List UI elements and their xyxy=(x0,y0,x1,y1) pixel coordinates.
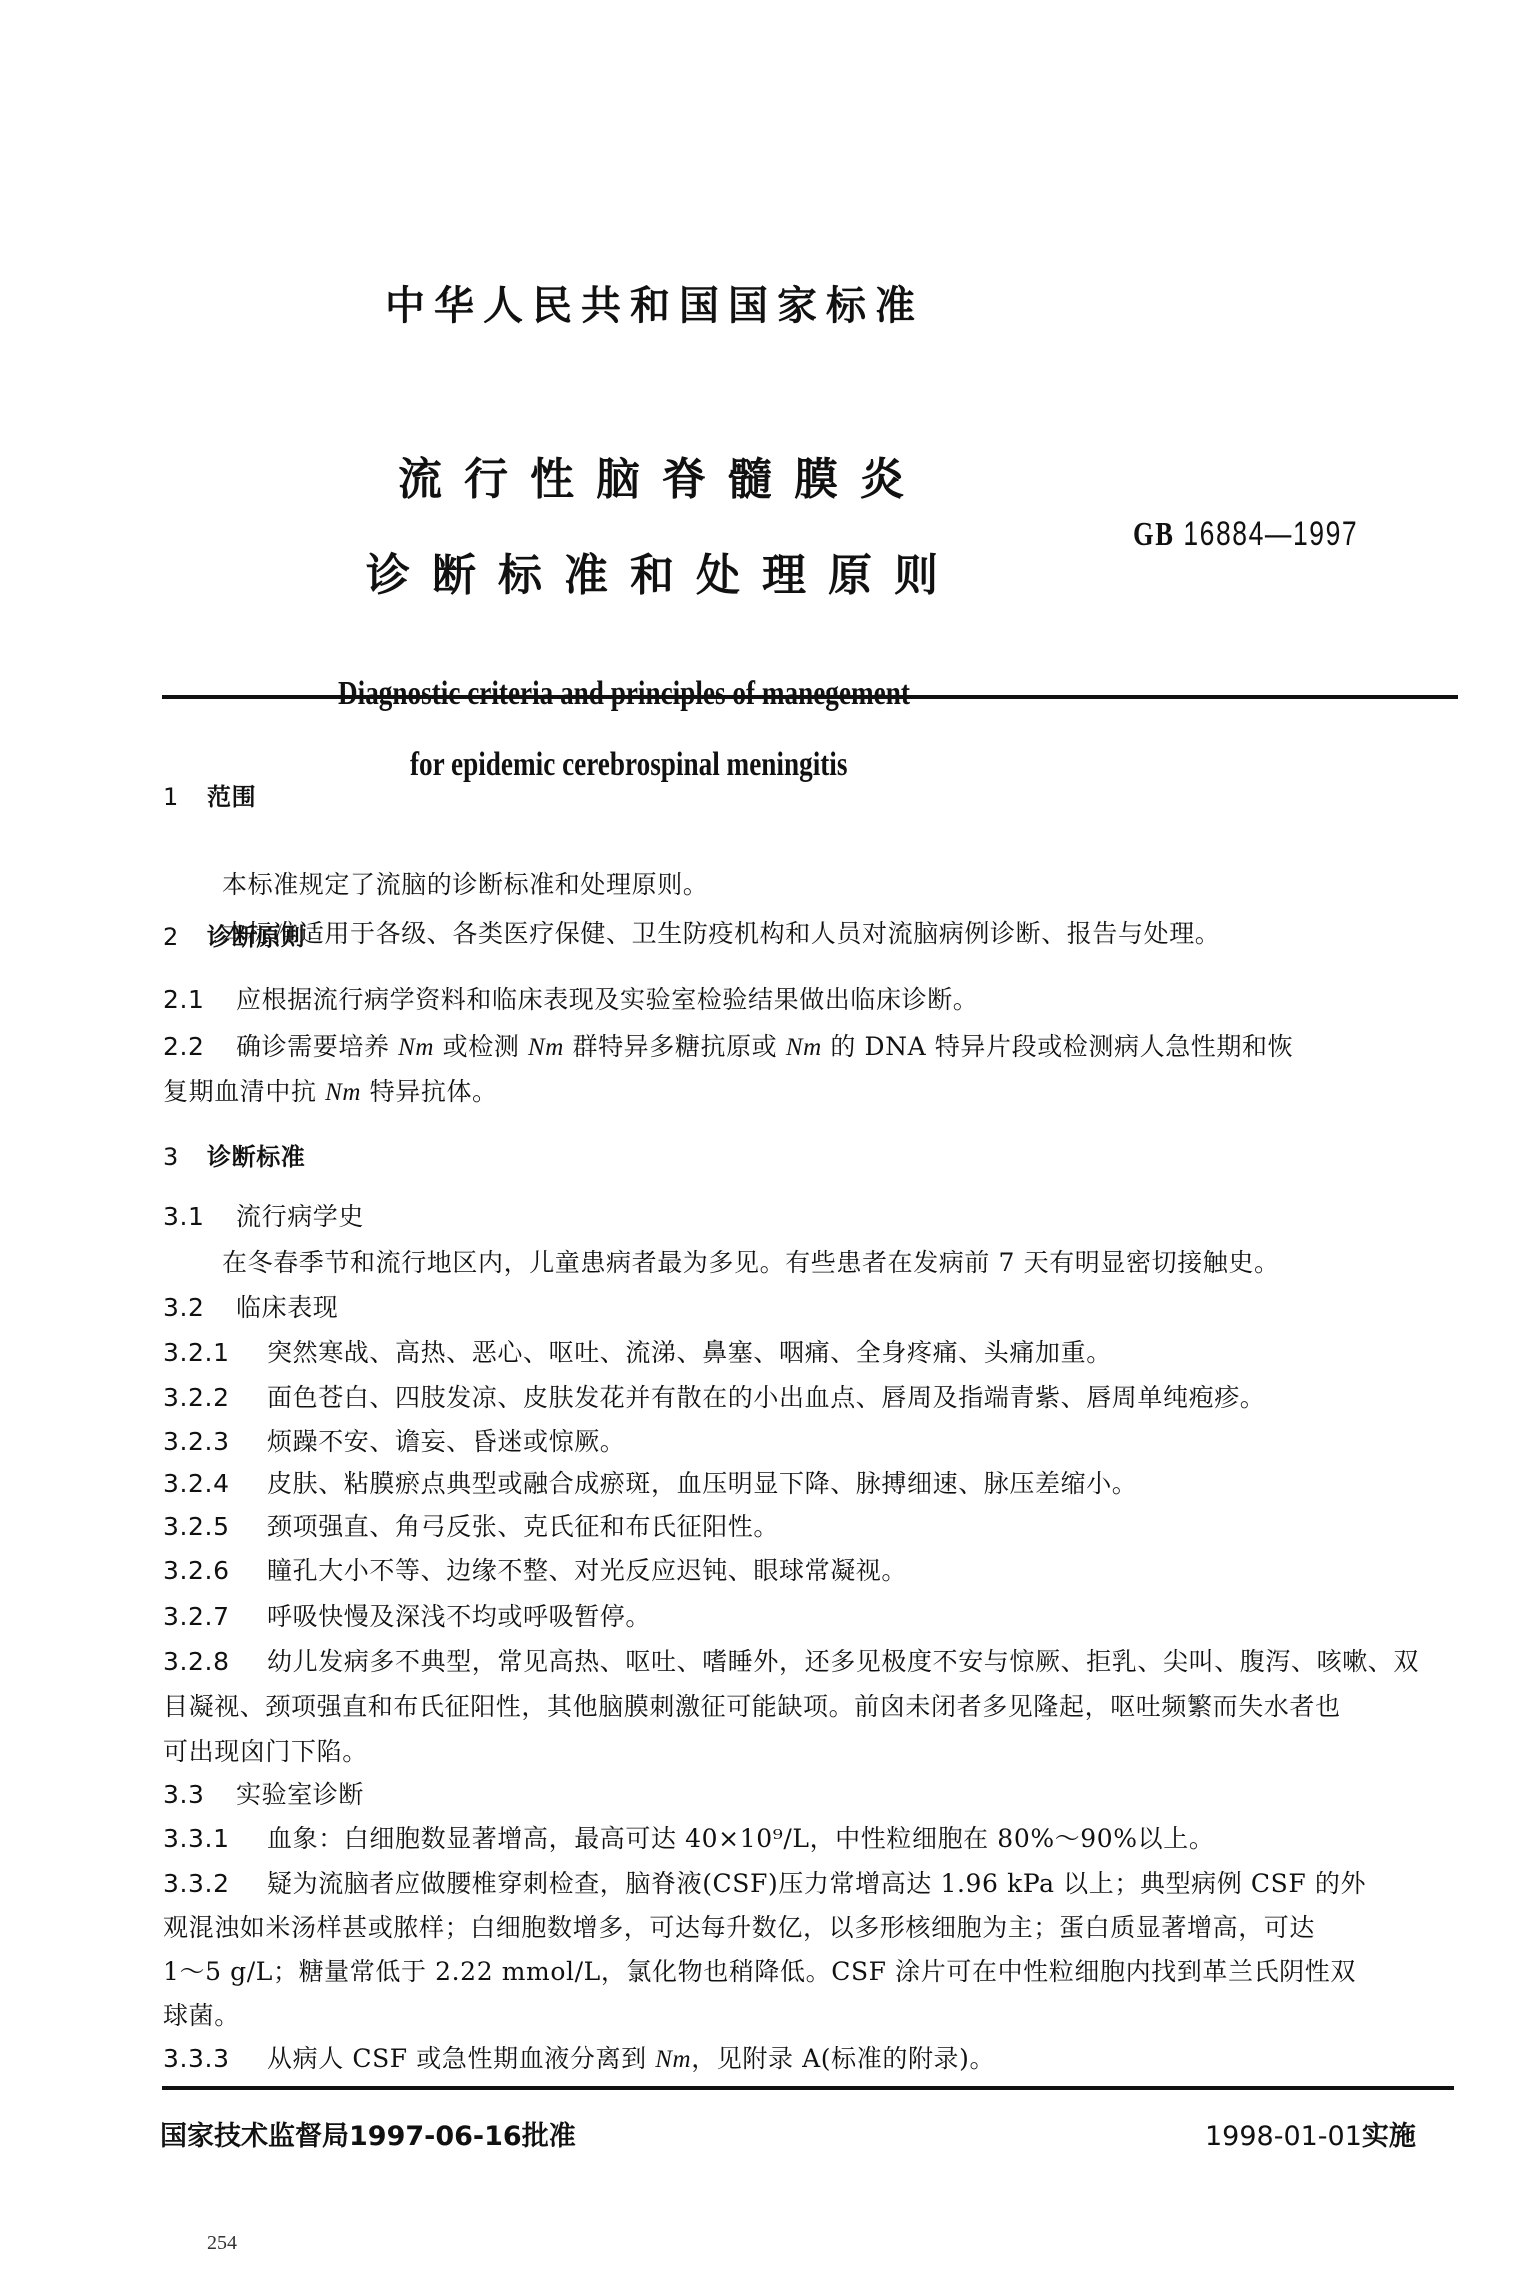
clause-number: 3.1 xyxy=(163,1200,236,1234)
section-heading-3: 3诊断标准 xyxy=(163,1140,305,1174)
organism-abbrev: Nm xyxy=(398,1034,434,1061)
document-title-line-1: 流行性脑脊髓膜炎 xyxy=(398,452,926,508)
clause-text: 应根据流行病学资料和临床表现及实验室检验结果做出临床诊断。 xyxy=(236,985,978,1014)
clause-number: 3.3.2 xyxy=(163,1867,267,1901)
clause-number: 2.2 xyxy=(163,1030,236,1064)
section-title: 诊断原则 xyxy=(207,923,305,951)
clause-3-2-8-continuation: 可出现囟门下陷。 xyxy=(163,1735,368,1769)
organism-abbrev: Nm xyxy=(786,1034,822,1061)
effective-date: 1998-01-01 xyxy=(1205,2121,1362,2152)
section-title: 范围 xyxy=(207,783,256,811)
section-heading-1: 1范围 xyxy=(163,780,256,814)
subsection-3-1: 3.1流行病学史 xyxy=(163,1200,364,1234)
clause-number: 3.2.3 xyxy=(163,1425,267,1459)
subsection-title: 实验室诊断 xyxy=(236,1780,364,1809)
clause-3-2-8-continuation: 目凝视、颈项强直和布氏征阳性，其他脑膜刺激征可能缺项。前囟未闭者多见隆起，呕吐频… xyxy=(163,1690,1341,1724)
section-title: 诊断标准 xyxy=(207,1143,305,1171)
clause-text: ，见附录 A(标准的附录)。 xyxy=(691,2044,995,2073)
paragraph: 本标准适用于各级、各类医疗保健、卫生防疫机构和人员对流脑病例诊断、报告与处理。 xyxy=(222,917,1220,951)
clause-number: 2.1 xyxy=(163,983,236,1017)
clause-number: 3.2.5 xyxy=(163,1510,267,1544)
subsection-3-2: 3.2临床表现 xyxy=(163,1291,338,1325)
footer-divider xyxy=(162,2086,1454,2090)
effective-date-statement: 1998-01-01实施 xyxy=(1205,2118,1416,2156)
approval-statement: 国家技术监督局1997-06-16批准 xyxy=(160,2118,576,2156)
clause-number: 3.2.6 xyxy=(163,1554,267,1588)
clause-3-2-7: 3.2.7呼吸快慢及深浅不均或呼吸暂停。 xyxy=(163,1600,651,1634)
clause-number: 3.2 xyxy=(163,1291,236,1325)
clause-3-3-1: 3.3.1血象：白细胞数显著增高，最高可达 40×10⁹/L，中性粒细胞在 80… xyxy=(163,1822,1214,1856)
clause-number: 3.3.1 xyxy=(163,1822,267,1856)
standard-code-number: 16884—1997 xyxy=(1183,515,1358,553)
clause-text: 瞳孔大小不等、边缘不整、对光反应迟钝、眼球常凝视。 xyxy=(267,1556,907,1585)
section-number: 1 xyxy=(163,780,207,814)
effective-suffix: 实施 xyxy=(1362,2121,1416,2152)
clause-number: 3.3 xyxy=(163,1778,236,1812)
clause-number: 3.2.8 xyxy=(163,1645,267,1679)
organism-abbrev: Nm xyxy=(528,1034,564,1061)
section-heading-2: 2诊断原则 xyxy=(163,920,305,954)
clause-text: 血象：白细胞数显著增高，最高可达 40×10⁹/L，中性粒细胞在 80%～90%… xyxy=(267,1824,1214,1853)
organism-abbrev: Nm xyxy=(655,2046,691,2073)
section-number: 2 xyxy=(163,920,207,954)
clause-3-2-1: 3.2.1突然寒战、高热、恶心、呕吐、流涕、鼻塞、咽痛、全身疼痛、头痛加重。 xyxy=(163,1336,1112,1370)
clause-number: 3.2.7 xyxy=(163,1600,267,1634)
paragraph: 本标准规定了流脑的诊断标准和处理原则。 xyxy=(222,868,708,902)
clause-3-2-5: 3.2.5颈项强直、角弓反张、克氏征和布氏征阳性。 xyxy=(163,1510,779,1544)
subsection-3-3: 3.3实验室诊断 xyxy=(163,1778,364,1812)
section-number: 3 xyxy=(163,1140,207,1174)
clause-number: 3.2.4 xyxy=(163,1467,267,1501)
clause-2-1: 2.1应根据流行病学资料和临床表现及实验室检验结果做出临床诊断。 xyxy=(163,983,978,1017)
clause-text: 面色苍白、四肢发凉、皮肤发花并有散在的小出血点、唇周及指端青紫、唇周单纯疱疹。 xyxy=(267,1383,1265,1412)
clause-3-2-4: 3.2.4皮肤、粘膜瘀点典型或融合成瘀斑，血压明显下降、脉搏细速、脉压差缩小。 xyxy=(163,1467,1137,1501)
clause-number: 3.3.3 xyxy=(163,2042,267,2076)
clause-3-3-2-continuation: 1～5 g/L；糖量常低于 2.22 mmol/L，氯化物也稍降低。CSF 涂片… xyxy=(163,1955,1356,1989)
clause-3-3-2: 3.3.2疑为流脑者应做腰椎穿刺检查，脑脊液(CSF)压力常增高达 1.96 k… xyxy=(163,1867,1366,1901)
clause-text: 特异抗体。 xyxy=(361,1077,498,1106)
clause-number: 3.2.2 xyxy=(163,1381,267,1415)
clause-text: 或检测 xyxy=(434,1032,528,1061)
clause-3-2-3: 3.2.3烦躁不安、谵妄、昏迷或惊厥。 xyxy=(163,1425,625,1459)
paragraph: 在冬春季节和流行地区内，儿童患病者最为多见。有些患者在发病前 7 天有明显密切接… xyxy=(222,1246,1280,1280)
document-title-line-2: 诊断标准和处理原则 xyxy=(366,548,960,604)
standard-code-prefix: GB xyxy=(1133,516,1174,553)
clause-3-3-2-continuation: 球菌。 xyxy=(163,1999,240,2033)
organism-abbrev: Nm xyxy=(325,1079,361,1106)
clause-text: 群特异多糖抗原或 xyxy=(564,1032,786,1061)
subsection-title: 临床表现 xyxy=(236,1293,338,1322)
clause-3-2-8: 3.2.8幼儿发病多不典型，常见高热、呕吐、嗜睡外，还多见极度不安与惊厥、拒乳、… xyxy=(163,1645,1419,1679)
clause-number: 3.2.1 xyxy=(163,1336,267,1370)
english-title-line-1: Diagnostic criteria and principles of ma… xyxy=(338,674,910,714)
clause-text: 的 DNA 特异片段或检测病人急性期和恢 xyxy=(822,1032,1293,1061)
clause-text: 幼儿发病多不典型，常见高热、呕吐、嗜睡外，还多见极度不安与惊厥、拒乳、尖叫、腹泻… xyxy=(267,1647,1419,1676)
standard-code: GB 16884—1997 xyxy=(1133,512,1358,557)
page-number: 254 xyxy=(207,2232,237,2255)
clause-text: 突然寒战、高热、恶心、呕吐、流涕、鼻塞、咽痛、全身疼痛、头痛加重。 xyxy=(267,1338,1112,1367)
standard-type-heading: 中华人民共和国国家标准 xyxy=(385,278,924,334)
subsection-title: 流行病学史 xyxy=(236,1202,364,1231)
clause-text: 颈项强直、角弓反张、克氏征和布氏征阳性。 xyxy=(267,1512,779,1541)
clause-text: 烦躁不安、谵妄、昏迷或惊厥。 xyxy=(267,1427,625,1456)
clause-3-3-3: 3.3.3从病人 CSF 或急性期血液分离到 Nm，见附录 A(标准的附录)。 xyxy=(163,2042,995,2077)
english-title-line-2: for epidemic cerebrospinal meningitis xyxy=(410,745,847,785)
clause-3-2-6: 3.2.6瞳孔大小不等、边缘不整、对光反应迟钝、眼球常凝视。 xyxy=(163,1554,907,1588)
clause-2-2-continuation: 复期血清中抗 Nm 特异抗体。 xyxy=(163,1075,498,1110)
clause-3-2-2: 3.2.2面色苍白、四肢发凉、皮肤发花并有散在的小出血点、唇周及指端青紫、唇周单… xyxy=(163,1381,1265,1415)
clause-2-2: 2.2确诊需要培养 Nm 或检测 Nm 群特异多糖抗原或 Nm 的 DNA 特异… xyxy=(163,1030,1293,1065)
clause-text: 确诊需要培养 xyxy=(236,1032,398,1061)
header-divider xyxy=(162,695,1458,699)
clause-text: 从病人 CSF 或急性期血液分离到 xyxy=(267,2044,655,2073)
clause-text: 复期血清中抗 xyxy=(163,1077,325,1106)
clause-text: 疑为流脑者应做腰椎穿刺检查，脑脊液(CSF)压力常增高达 1.96 kPa 以上… xyxy=(267,1869,1366,1898)
clause-text: 呼吸快慢及深浅不均或呼吸暂停。 xyxy=(267,1602,651,1631)
clause-text: 皮肤、粘膜瘀点典型或融合成瘀斑，血压明显下降、脉搏细速、脉压差缩小。 xyxy=(267,1469,1137,1498)
clause-3-3-2-continuation: 观混浊如米汤样甚或脓样；白细胞数增多，可达每升数亿，以多形核细胞为主；蛋白质显著… xyxy=(163,1911,1315,1945)
